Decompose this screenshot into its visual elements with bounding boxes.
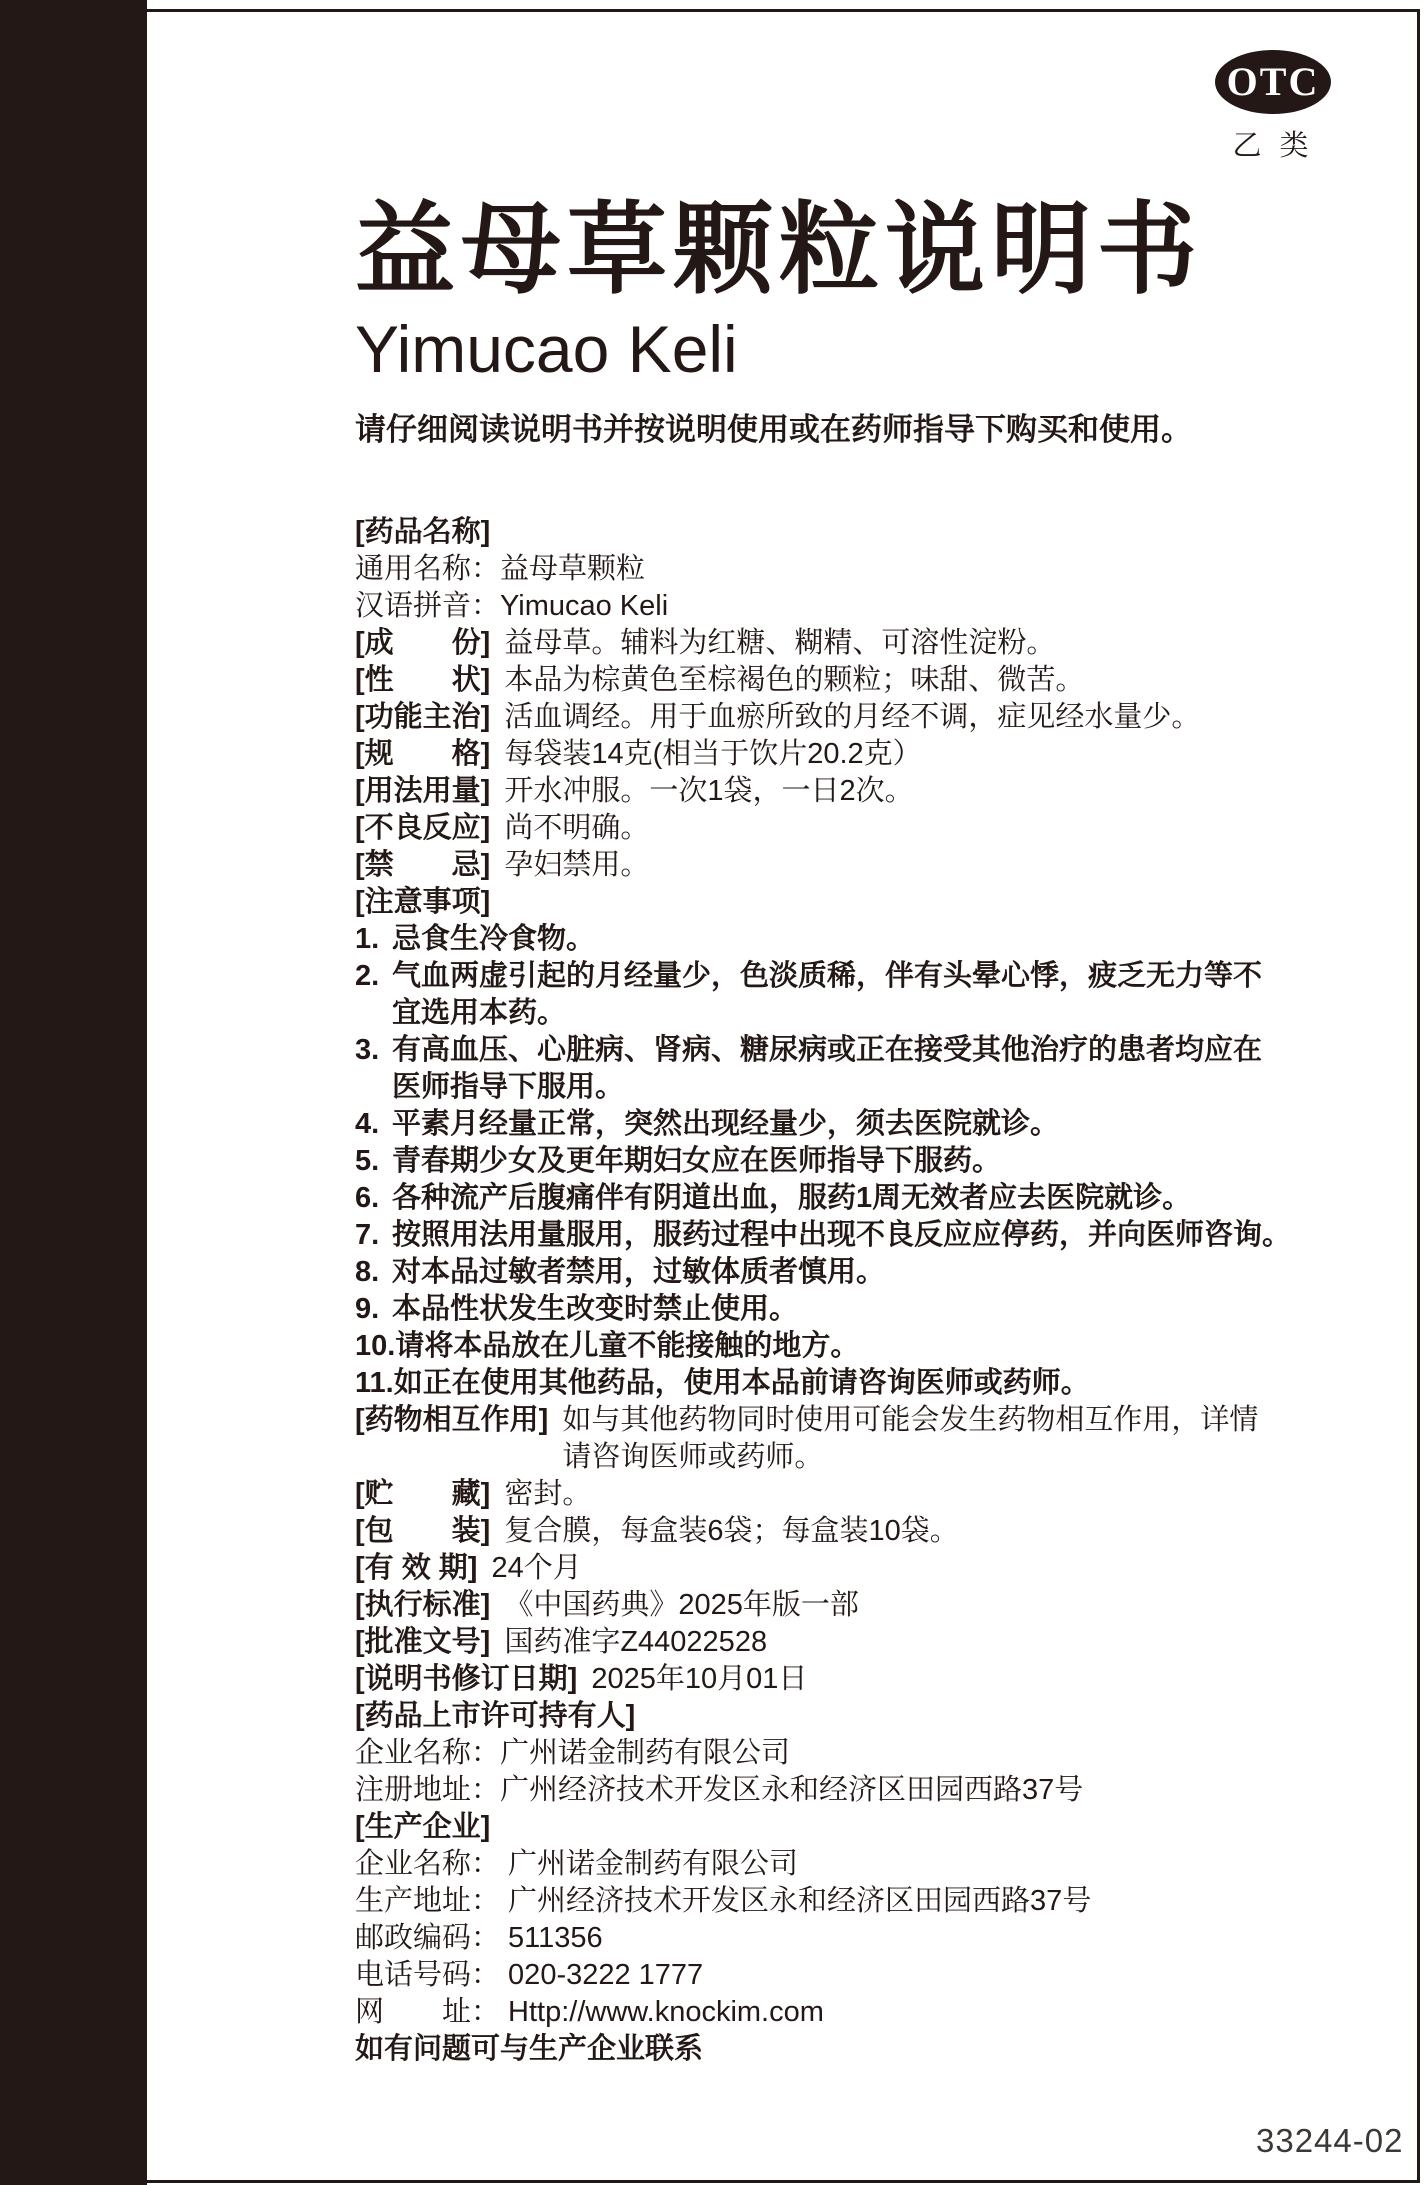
section-value: 本品为棕黄色至棕褐色的颗粒；味甜、微苦。: [504, 664, 1084, 696]
frame-right-line: [1417, 9, 1420, 2183]
precaution-text: 平素月经量正常，突然出现经量少，须去医院就诊。: [392, 1106, 1059, 1143]
section-label: [执行标准]: [355, 1589, 490, 1621]
precaution-number: 5.: [355, 1143, 392, 1180]
precaution-text: 青春期少女及更年期妇女应在医师指导下服药。: [392, 1143, 1001, 1180]
precaution-item: 2.气血两虚引起的月经量少，色淡质稀，伴有头晕心悸，疲乏无力等不宜选用本药。: [355, 958, 1330, 1032]
page-title: 益母草颗粒说明书: [355, 198, 1330, 302]
precaution-line: 本品性状发生改变时禁止使用。: [392, 1291, 798, 1328]
precaution-item: 3.有高血压、心脏病、肾病、糖尿病或正在接受其他治疗的患者均应在医师指导下服用。: [355, 1032, 1330, 1106]
precaution-line: 青春期少女及更年期妇女应在医师指导下服药。: [392, 1143, 1001, 1180]
section-label: [药品名称]: [355, 516, 490, 548]
precaution-item: 1.忌食生冷食物。: [355, 921, 1330, 958]
precaution-number: 8.: [355, 1254, 392, 1291]
precaution-text: 各种流产后腹痛伴有阴道出血，服药1周无效者应去医院就诊。: [392, 1180, 1191, 1217]
drug-interaction-row: [药物相互作用] 如与其他药物同时使用可能会发生药物相互作用，详情请咨询医师或药…: [355, 1402, 1330, 1476]
label-row: [不良反应]尚不明确。: [355, 810, 1330, 847]
left-black-bar: [0, 0, 147, 2185]
label-row: [禁 忌]孕妇禁用。: [355, 847, 1330, 884]
section-value: 活血调经。用于血瘀所致的月经不调，症见经水量少。: [504, 701, 1200, 733]
section-label: [药品上市许可持有人]: [355, 1700, 635, 1732]
text-row: 电话号码： 020-3222 1777: [355, 1957, 1330, 1994]
precaution-line: 有高血压、心脏病、肾病、糖尿病或正在接受其他治疗的患者均应在: [392, 1032, 1262, 1069]
section-label: [成 份]: [355, 627, 490, 659]
section-value: 开水冲服。一次1袋，一日2次。: [504, 775, 913, 807]
section-value: 国药准字Z44022528: [504, 1626, 767, 1658]
precaution-line: 医师指导下服用。: [392, 1069, 1262, 1106]
section-value: 孕妇禁用。: [504, 849, 649, 881]
precaution-text: 气血两虚引起的月经量少，色淡质稀，伴有头晕心悸，疲乏无力等不宜选用本药。: [392, 958, 1262, 1032]
precaution-line: 宜选用本药。: [392, 995, 1262, 1032]
precaution-text: 有高血压、心脏病、肾病、糖尿病或正在接受其他治疗的患者均应在医师指导下服用。: [392, 1032, 1262, 1106]
section-value: 益母草。辅料为红糖、糊精、可溶性淀粉。: [504, 627, 1055, 659]
precaution-number: 10.: [355, 1328, 395, 1365]
text-row: 通用名称：益母草颗粒: [355, 551, 1330, 588]
section-label: [有 效 期]: [355, 1552, 477, 1584]
pinyin-subtitle: Yimucao Keli: [355, 316, 1330, 382]
section-label: [不良反应]: [355, 812, 490, 844]
precaution-item: 6.各种流产后腹痛伴有阴道出血，服药1周无效者应去医院就诊。: [355, 1180, 1330, 1217]
label-row: [说明书修订日期]2025年10月01日: [355, 1661, 1330, 1698]
section-label: [规 格]: [355, 738, 490, 770]
label-row: [成 份]益母草。辅料为红糖、糊精、可溶性淀粉。: [355, 625, 1330, 662]
label-row: [有 效 期]24个月: [355, 1550, 1330, 1587]
precaution-number: 2.: [355, 958, 392, 995]
section-label: [药物相互作用]: [355, 1402, 548, 1439]
section-label: [说明书修订日期]: [355, 1663, 577, 1695]
precaution-number: 9.: [355, 1291, 392, 1328]
text-row: 企业名称： 广州诺金制药有限公司: [355, 1846, 1330, 1883]
section-label: [注意事项]: [355, 886, 490, 918]
precaution-item: 9.本品性状发生改变时禁止使用。: [355, 1291, 1330, 1328]
text-row: 网 址： Http://www.knockim.com: [355, 1994, 1330, 2031]
section-label: [功能主治]: [355, 701, 490, 733]
precaution-text: 本品性状发生改变时禁止使用。: [392, 1291, 798, 1328]
label-row: [贮 藏]密封。: [355, 1476, 1330, 1513]
precaution-text: 忌食生冷食物。: [392, 921, 595, 958]
section-value: 密封。: [504, 1478, 591, 1510]
precaution-line: 如正在使用其他药品，使用本品前请咨询医师或药师。: [394, 1365, 1090, 1402]
label-row: [规 格]每袋装14克(相当于饮片20.2克）: [355, 736, 1330, 773]
leaflet-code: 33244-02: [1256, 2122, 1403, 2160]
text-row: 汉语拼音：Yimucao Keli: [355, 588, 1330, 625]
section-label: [贮 藏]: [355, 1478, 490, 1510]
precaution-text: 按照用法用量服用，服药过程中出现不良反应应停药，并向医师咨询。: [392, 1217, 1291, 1254]
leaflet-content: 益母草颗粒说明书 Yimucao Keli 请仔细阅读说明书并按说明使用或在药师…: [355, 0, 1330, 2068]
precaution-item: 11.如正在使用其他药品，使用本品前请咨询医师或药师。: [355, 1365, 1330, 1402]
precaution-text: 对本品过敏者禁用，过敏体质者慎用。: [392, 1254, 885, 1291]
precaution-text: 如正在使用其他药品，使用本品前请咨询医师或药师。: [394, 1365, 1090, 1402]
text-row: 邮政编码： 511356: [355, 1920, 1330, 1957]
frame-bottom-line: [147, 2180, 1420, 2183]
text-row: 注册地址：广州经济技术开发区永和经济区田园西路37号: [355, 1772, 1330, 1809]
section-label: [生产企业]: [355, 1811, 490, 1843]
precaution-text: 请将本品放在儿童不能接触的地方。: [395, 1328, 859, 1365]
precaution-number: 1.: [355, 921, 392, 958]
precaution-line: 对本品过敏者禁用，过敏体质者慎用。: [392, 1254, 885, 1291]
precaution-number: 6.: [355, 1180, 392, 1217]
section-value: 24个月: [491, 1552, 581, 1584]
section-value: 如与其他药物同时使用可能会发生药物相互作用，详情请咨询医师或药师。: [562, 1402, 1258, 1476]
label-row: [执行标准]《中国药典》2025年版一部: [355, 1587, 1330, 1624]
precautions-list: 1.忌食生冷食物。2.气血两虚引起的月经量少，色淡质稀，伴有头晕心悸，疲乏无力等…: [355, 921, 1330, 1402]
section-label: [禁 忌]: [355, 849, 490, 881]
label-row: [用法用量]开水冲服。一次1袋，一日2次。: [355, 773, 1330, 810]
label-row: [注意事项]: [355, 884, 1330, 921]
precaution-item: 8.对本品过敏者禁用，过敏体质者慎用。: [355, 1254, 1330, 1291]
section-value: 复合膜，每盒装6袋；每盒装10袋。: [504, 1515, 958, 1547]
precaution-line: 平素月经量正常，突然出现经量少，须去医院就诊。: [392, 1106, 1059, 1143]
precaution-item: 4.平素月经量正常，突然出现经量少，须去医院就诊。: [355, 1106, 1330, 1143]
precaution-line: 按照用法用量服用，服药过程中出现不良反应应停药，并向医师咨询。: [392, 1217, 1291, 1254]
sections-bottom: [贮 藏]密封。[包 装]复合膜，每盒装6袋；每盒装10袋。[有 效 期]24个…: [355, 1476, 1330, 2068]
precaution-line: 请将本品放在儿童不能接触的地方。: [395, 1328, 859, 1365]
section-label: [包 装]: [355, 1515, 490, 1547]
sections-top: [药品名称]通用名称：益母草颗粒汉语拼音：Yimucao Keli[成 份]益母…: [355, 514, 1330, 921]
precaution-item: 10.请将本品放在儿童不能接触的地方。: [355, 1328, 1330, 1365]
precaution-line: 气血两虚引起的月经量少，色淡质稀，伴有头晕心悸，疲乏无力等不: [392, 958, 1262, 995]
section-label: [性 状]: [355, 664, 490, 696]
label-row: [功能主治]活血调经。用于血瘀所致的月经不调，症见经水量少。: [355, 699, 1330, 736]
section-label: [用法用量]: [355, 775, 490, 807]
section-value: 2025年10月01日: [591, 1663, 807, 1695]
section-value: 《中国药典》2025年版一部: [504, 1589, 859, 1621]
label-row: [生产企业]: [355, 1809, 1330, 1846]
label-row: [性 状]本品为棕黄色至棕褐色的颗粒；味甜、微苦。: [355, 662, 1330, 699]
label-row: [药品名称]: [355, 514, 1330, 551]
label-row: [批准文号]国药准字Z44022528: [355, 1624, 1330, 1661]
precaution-number: 11.: [355, 1365, 394, 1402]
label-row: [包 装]复合膜，每盒装6袋；每盒装10袋。: [355, 1513, 1330, 1550]
precaution-line: 各种流产后腹痛伴有阴道出血，服药1周无效者应去医院就诊。: [392, 1180, 1191, 1217]
text-row: 企业名称：广州诺金制药有限公司: [355, 1735, 1330, 1772]
label-row: [药品上市许可持有人]: [355, 1698, 1330, 1735]
precaution-item: 5.青春期少女及更年期妇女应在医师指导下服药。: [355, 1143, 1330, 1180]
interaction-line: 请咨询医师或药师。: [562, 1439, 1258, 1476]
precaution-number: 7.: [355, 1217, 392, 1254]
precaution-number: 3.: [355, 1032, 392, 1069]
text-row: 生产地址： 广州经济技术开发区永和经济区田园西路37号: [355, 1883, 1330, 1920]
section-value: 尚不明确。: [504, 812, 649, 844]
section-label: [批准文号]: [355, 1626, 490, 1658]
leaflet-body: [药品名称]通用名称：益母草颗粒汉语拼音：Yimucao Keli[成 份]益母…: [355, 514, 1330, 2068]
precaution-number: 4.: [355, 1106, 392, 1143]
read-instructions-notice: 请仔细阅读说明书并按说明使用或在药师指导下购买和使用。: [355, 410, 1330, 450]
section-value: 每袋装14克(相当于饮片20.2克）: [504, 738, 921, 770]
precaution-line: 忌食生冷食物。: [392, 921, 595, 958]
text-row: 如有问题可与生产企业联系: [355, 2031, 1330, 2068]
interaction-line: 如与其他药物同时使用可能会发生药物相互作用，详情: [562, 1402, 1258, 1439]
precaution-item: 7.按照用法用量服用，服药过程中出现不良反应应停药，并向医师咨询。: [355, 1217, 1330, 1254]
